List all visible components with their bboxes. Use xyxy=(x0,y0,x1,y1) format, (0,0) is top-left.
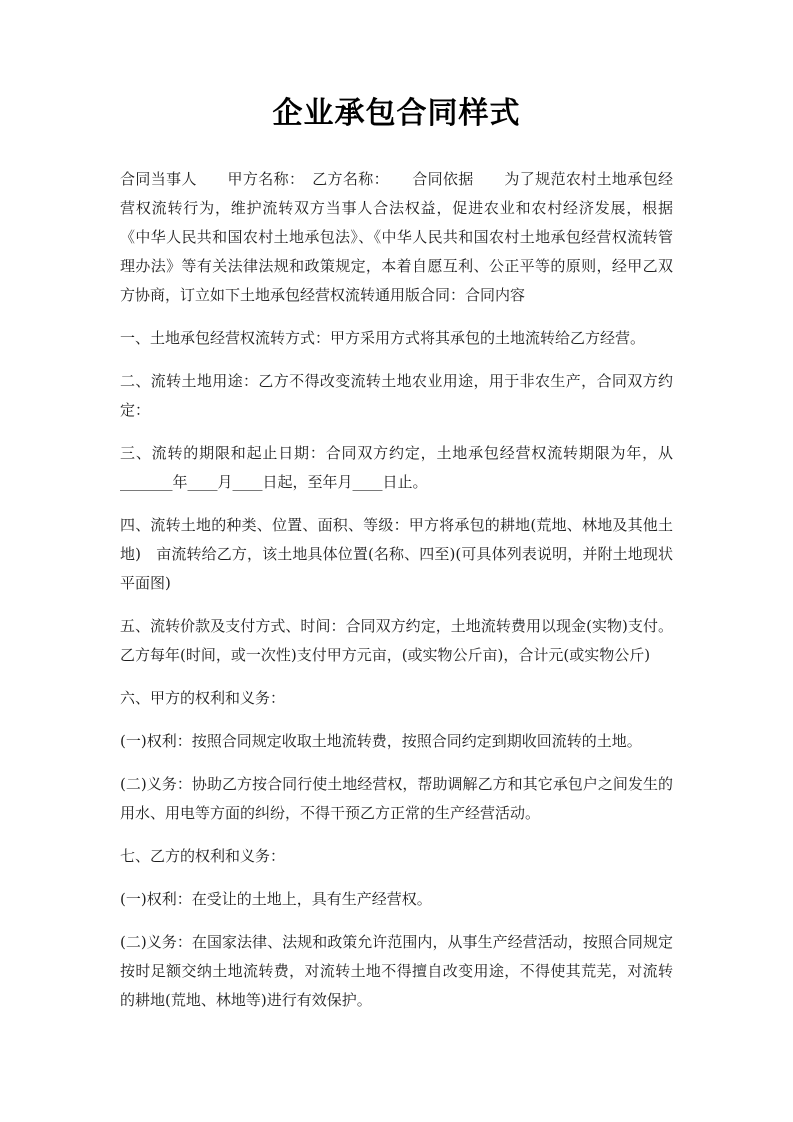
clause-5-payment-terms: 五、流转价款及支付方式、时间：合同双方约定，土地流转费用以现金(实物)支付。乙方… xyxy=(120,612,673,670)
document-title: 企业承包合同样式 xyxy=(120,95,673,133)
contract-document-page: 企业承包合同样式 合同当事人 甲方名称： 乙方名称： 合同依据 为了规范农村土地… xyxy=(0,0,793,1122)
clause-3-term-dates: 三、流转的期限和起止日期：合同双方约定，土地承包经营权流转期限为年，从_____… xyxy=(120,439,673,497)
clause-6-1-party-a-rights: (一)权利：按照合同规定收取土地流转费，按照合同约定到期收回流转的土地。 xyxy=(120,727,673,756)
clause-1-transfer-method: 一、土地承包经营权流转方式：甲方采用方式将其承包的土地流转给乙方经营。 xyxy=(120,324,673,353)
clause-6-2-party-a-obligations: (二)义务：协助乙方按合同行使土地经营权，帮助调解乙方和其它承包户之间发生的用水… xyxy=(120,770,673,828)
intro-parties-paragraph: 合同当事人 甲方名称： 乙方名称： 合同依据 为了规范农村土地承包经营权流转行为… xyxy=(120,165,673,310)
clause-4-land-details: 四、流转土地的种类、位置、面积、等级：甲方将承包的耕地(荒地、林地及其他土地) … xyxy=(120,511,673,598)
clause-6-party-a-rights-obligations-heading: 六、甲方的权利和义务： xyxy=(120,684,673,713)
clause-7-party-b-rights-obligations-heading: 七、乙方的权利和义务： xyxy=(120,842,673,871)
clause-2-land-use: 二、流转土地用途：乙方不得改变流转土地农业用途，用于非农生产，合同双方约定： xyxy=(120,367,673,425)
clause-7-2-party-b-obligations: (二)义务：在国家法律、法规和政策允许范围内，从事生产经营活动，按照合同规定按时… xyxy=(120,928,673,1015)
clause-7-1-party-b-rights: (一)权利：在受让的土地上，具有生产经营权。 xyxy=(120,885,673,914)
